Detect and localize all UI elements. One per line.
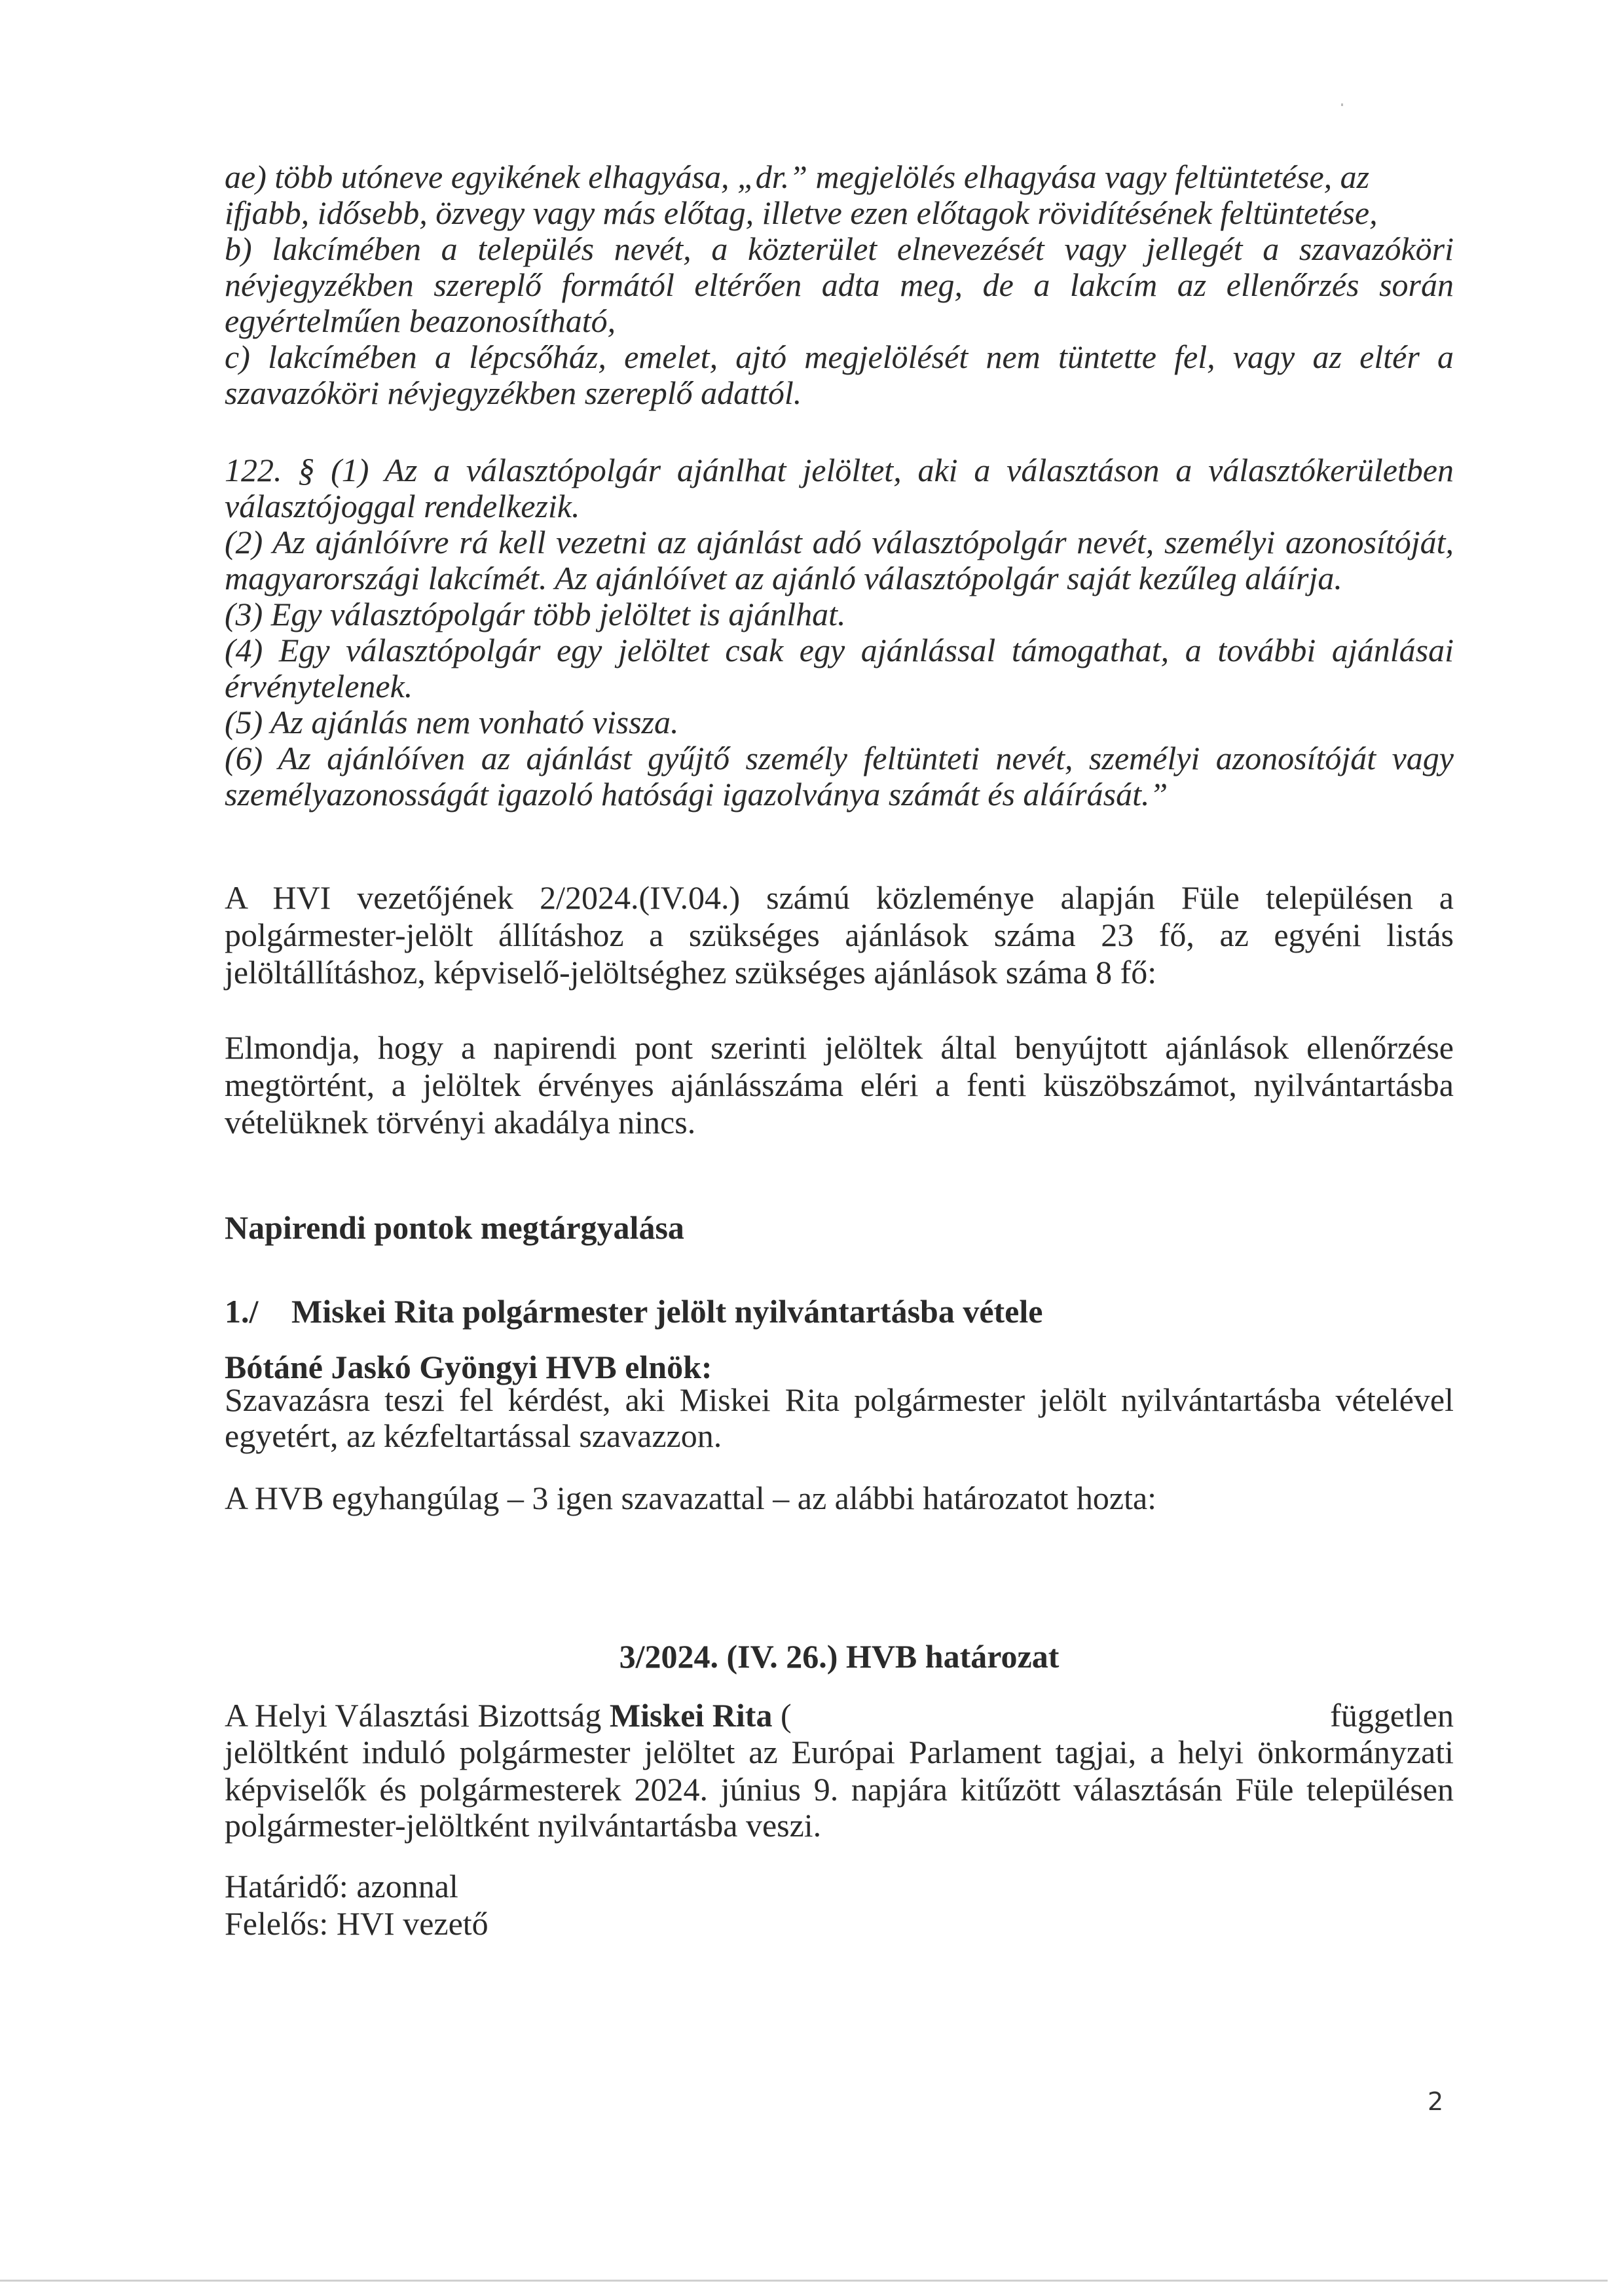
scan-speck	[1341, 103, 1343, 106]
resolution-line-3: képviselők és polgármesterek 2024. júniu…	[225, 1771, 1454, 1808]
law-line-c-end: szavazóköri névjegyzékben szereplő adatt…	[225, 374, 1454, 411]
deadline: Határidő: azonnal	[225, 1868, 1454, 1904]
page-number: 2	[1428, 2087, 1443, 2116]
scan-edge-line	[0, 2280, 1608, 2282]
section-122-2: (2) Az ajánlóívre rá kell vezetni az ajá…	[225, 524, 1454, 560]
speaker-name: Bótáné Jaskó Gyöngyi HVB elnök:	[225, 1349, 1454, 1385]
law-line-b: b) lakcímében a település nevét, a közte…	[225, 230, 1454, 267]
section-122-4-cont: érvénytelenek.	[225, 668, 1454, 704]
resolution-independent: független	[1330, 1697, 1454, 1734]
resolution-prefix: A Helyi Választási Bizottság	[225, 1697, 610, 1734]
section-122-4: (4) Egy választópolgár egy jelöltet csak…	[225, 632, 1454, 668]
hvi-notice-line-1: A HVI vezetőjének 2/2024.(IV.04.) számú …	[225, 879, 1454, 916]
vote-result: A HVB egyhangúlag – 3 igen szavazattal –…	[225, 1480, 1454, 1516]
candidate-name: Miskei Rita	[610, 1697, 773, 1734]
speaker-text-line-1: Szavazásra teszi fel kérdést, aki Miskei…	[225, 1381, 1454, 1418]
speaker-text-line-2: egyetért, az kézfeltartással szavazzon.	[225, 1417, 1454, 1454]
agenda-item-number: 1./	[225, 1293, 258, 1330]
redaction-open-paren: (	[772, 1697, 791, 1734]
section-122-5: (5) Az ajánlás nem vonható vissza.	[225, 704, 1454, 740]
section-122-1-cont: választójoggal rendelkezik.	[225, 488, 1454, 524]
agenda-item-title: Miskei Rita polgármester jelölt nyilvánt…	[291, 1293, 1043, 1330]
section-122-6: (6) Az ajánlóíven az ajánlást gyűjtő sze…	[225, 740, 1454, 776]
law-line-ae: ae) több utóneve egyikének elhagyása, „d…	[225, 158, 1454, 195]
responsible: Felelős: HVI vezető	[225, 1905, 1454, 1942]
document-page: ae) több utóneve egyikének elhagyása, „d…	[0, 0, 1624, 2296]
law-line-b-cont: névjegyzékben szereplő formától eltérően…	[225, 266, 1454, 303]
agenda-heading: Napirendi pontok megtárgyalása	[225, 1209, 1454, 1246]
section-122-6-cont: személyazonosságát igazoló hatósági igaz…	[225, 776, 1454, 812]
section-122-2-cont: magyarországi lakcímét. Az ajánlóívet az…	[225, 560, 1454, 596]
resolution-line-1: A Helyi Választási Bizottság Miskei Rita…	[225, 1697, 1454, 1734]
statement-line-3: vételüknek törvényi akadálya nincs.	[225, 1104, 1454, 1140]
law-line-c: c) lakcímében a lépcsőház, emelet, ajtó …	[225, 338, 1454, 375]
law-line-ae-cont: ifjabb, idősebb, özvegy vagy más előtag,…	[225, 194, 1454, 231]
law-line-b-end: egyértelműen beazonosítható,	[225, 302, 1454, 339]
resolution-line-2: jelöltként induló polgármester jelöltet …	[225, 1734, 1454, 1770]
resolution-line-4: polgármester-jelöltként nyilvántartásba …	[225, 1807, 1454, 1844]
agenda-item-1: 1./ Miskei Rita polgármester jelölt nyil…	[225, 1293, 1454, 1330]
section-122-1: 122. § (1) Az a választópolgár ajánlhat …	[225, 452, 1454, 488]
statement-line-2: megtörtént, a jelöltek érvényes ajánláss…	[225, 1066, 1454, 1103]
hvi-notice-line-2: polgármester-jelölt állításhoz a szükség…	[225, 917, 1454, 953]
statement-line-1: Elmondja, hogy a napirendi pont szerinti…	[225, 1029, 1454, 1066]
resolution-heading: 3/2024. (IV. 26.) HVB határozat	[225, 1638, 1454, 1675]
hvi-notice-line-3: jelöltállításhoz, képviselő-jelöltséghez…	[225, 954, 1454, 991]
section-122-3: (3) Egy választópolgár több jelöltet is …	[225, 596, 1454, 632]
